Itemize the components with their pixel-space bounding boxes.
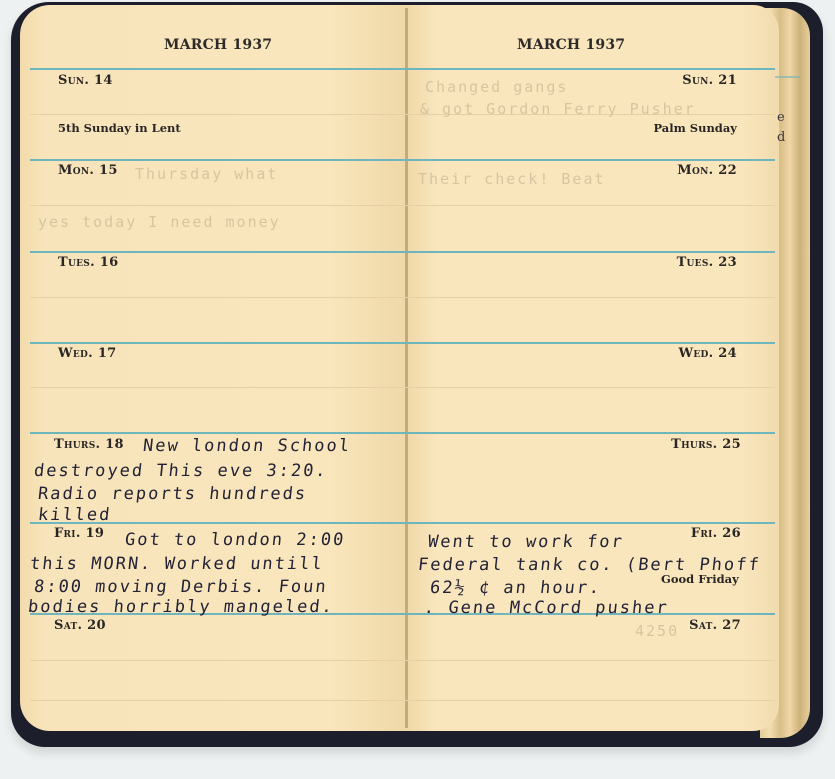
- day-label-thurs-25: Thurs. 25: [671, 437, 741, 452]
- rule-line: [30, 251, 775, 253]
- handwritten-entry-line: Radio reports hundreds: [37, 484, 308, 504]
- day-label-wed-24: Wed. 24: [678, 346, 737, 361]
- bleed-through-text: Thursday what: [135, 165, 278, 183]
- edge-tab-letter: e: [777, 110, 785, 125]
- day-label-sat-27: Sat. 27: [689, 618, 741, 633]
- day-label-fri-26: Fri. 26: [691, 526, 741, 541]
- right-page-header: MARCH 1937: [517, 37, 625, 53]
- handwritten-entry-line: 8:00 moving Derbis. Foun: [33, 577, 329, 597]
- rule-line: [30, 522, 775, 524]
- bleed-through-text: yes today I need money: [38, 213, 281, 231]
- handwritten-entry-line: destroyed This eve 3:20.: [33, 461, 329, 481]
- rule-line: [30, 159, 775, 161]
- faint-line: [30, 387, 775, 388]
- rule-line: [30, 432, 775, 434]
- day-label-sun-14: Sun. 14: [58, 73, 113, 88]
- bleed-through-text: Changed gangs: [425, 78, 568, 96]
- day-note-sun-14: 5th Sunday in Lent: [58, 121, 181, 135]
- day-label-mon-22: Mon. 22: [677, 163, 737, 178]
- handwritten-entry-line: bodies horribly mangeled.: [27, 597, 335, 617]
- bleed-through-text: Their check! Beat: [418, 170, 606, 188]
- faint-line: [30, 205, 775, 206]
- faint-line: [30, 660, 775, 661]
- book-gutter: [405, 8, 408, 728]
- handwritten-entry-line: Went to work for: [427, 532, 625, 552]
- handwritten-entry-line: Got to london 2:00: [124, 530, 346, 550]
- rule-line: [30, 342, 775, 344]
- handwritten-entry-line: this MORN. Worked untill: [29, 554, 325, 574]
- faint-line: [30, 700, 775, 701]
- faint-line: [30, 297, 775, 298]
- day-label-fri-19: Fri. 19: [54, 526, 104, 541]
- handwritten-entry-line: . Gene McCord pusher: [423, 598, 670, 618]
- day-note-good-friday: Good Friday: [661, 572, 739, 586]
- handwritten-entry-line: killed: [37, 505, 113, 525]
- edge-tab-letter: d: [777, 130, 785, 145]
- rule-line: [30, 68, 775, 70]
- bleed-through-text: 4250: [635, 622, 679, 640]
- day-label-sat-20: Sat. 20: [54, 618, 106, 633]
- left-page-header: MARCH 1937: [164, 37, 272, 53]
- rule-line-edge: [775, 76, 800, 78]
- day-label-wed-17: Wed. 17: [58, 346, 117, 361]
- day-label-mon-15: Mon. 15: [58, 163, 118, 178]
- day-label-tues-16: Tues. 16: [58, 255, 118, 270]
- day-label-thurs-18: Thurs. 18: [54, 437, 124, 452]
- bleed-through-text: & got Gordon Ferry Pusher: [420, 100, 696, 118]
- handwritten-entry-line: 62½ ¢ an hour.: [429, 578, 602, 598]
- day-label-tues-23: Tues. 23: [677, 255, 737, 270]
- handwritten-entry-line: New london School: [142, 436, 352, 456]
- day-label-sun-21: Sun. 21: [682, 73, 737, 88]
- day-note-palm-sunday: Palm Sunday: [653, 121, 737, 135]
